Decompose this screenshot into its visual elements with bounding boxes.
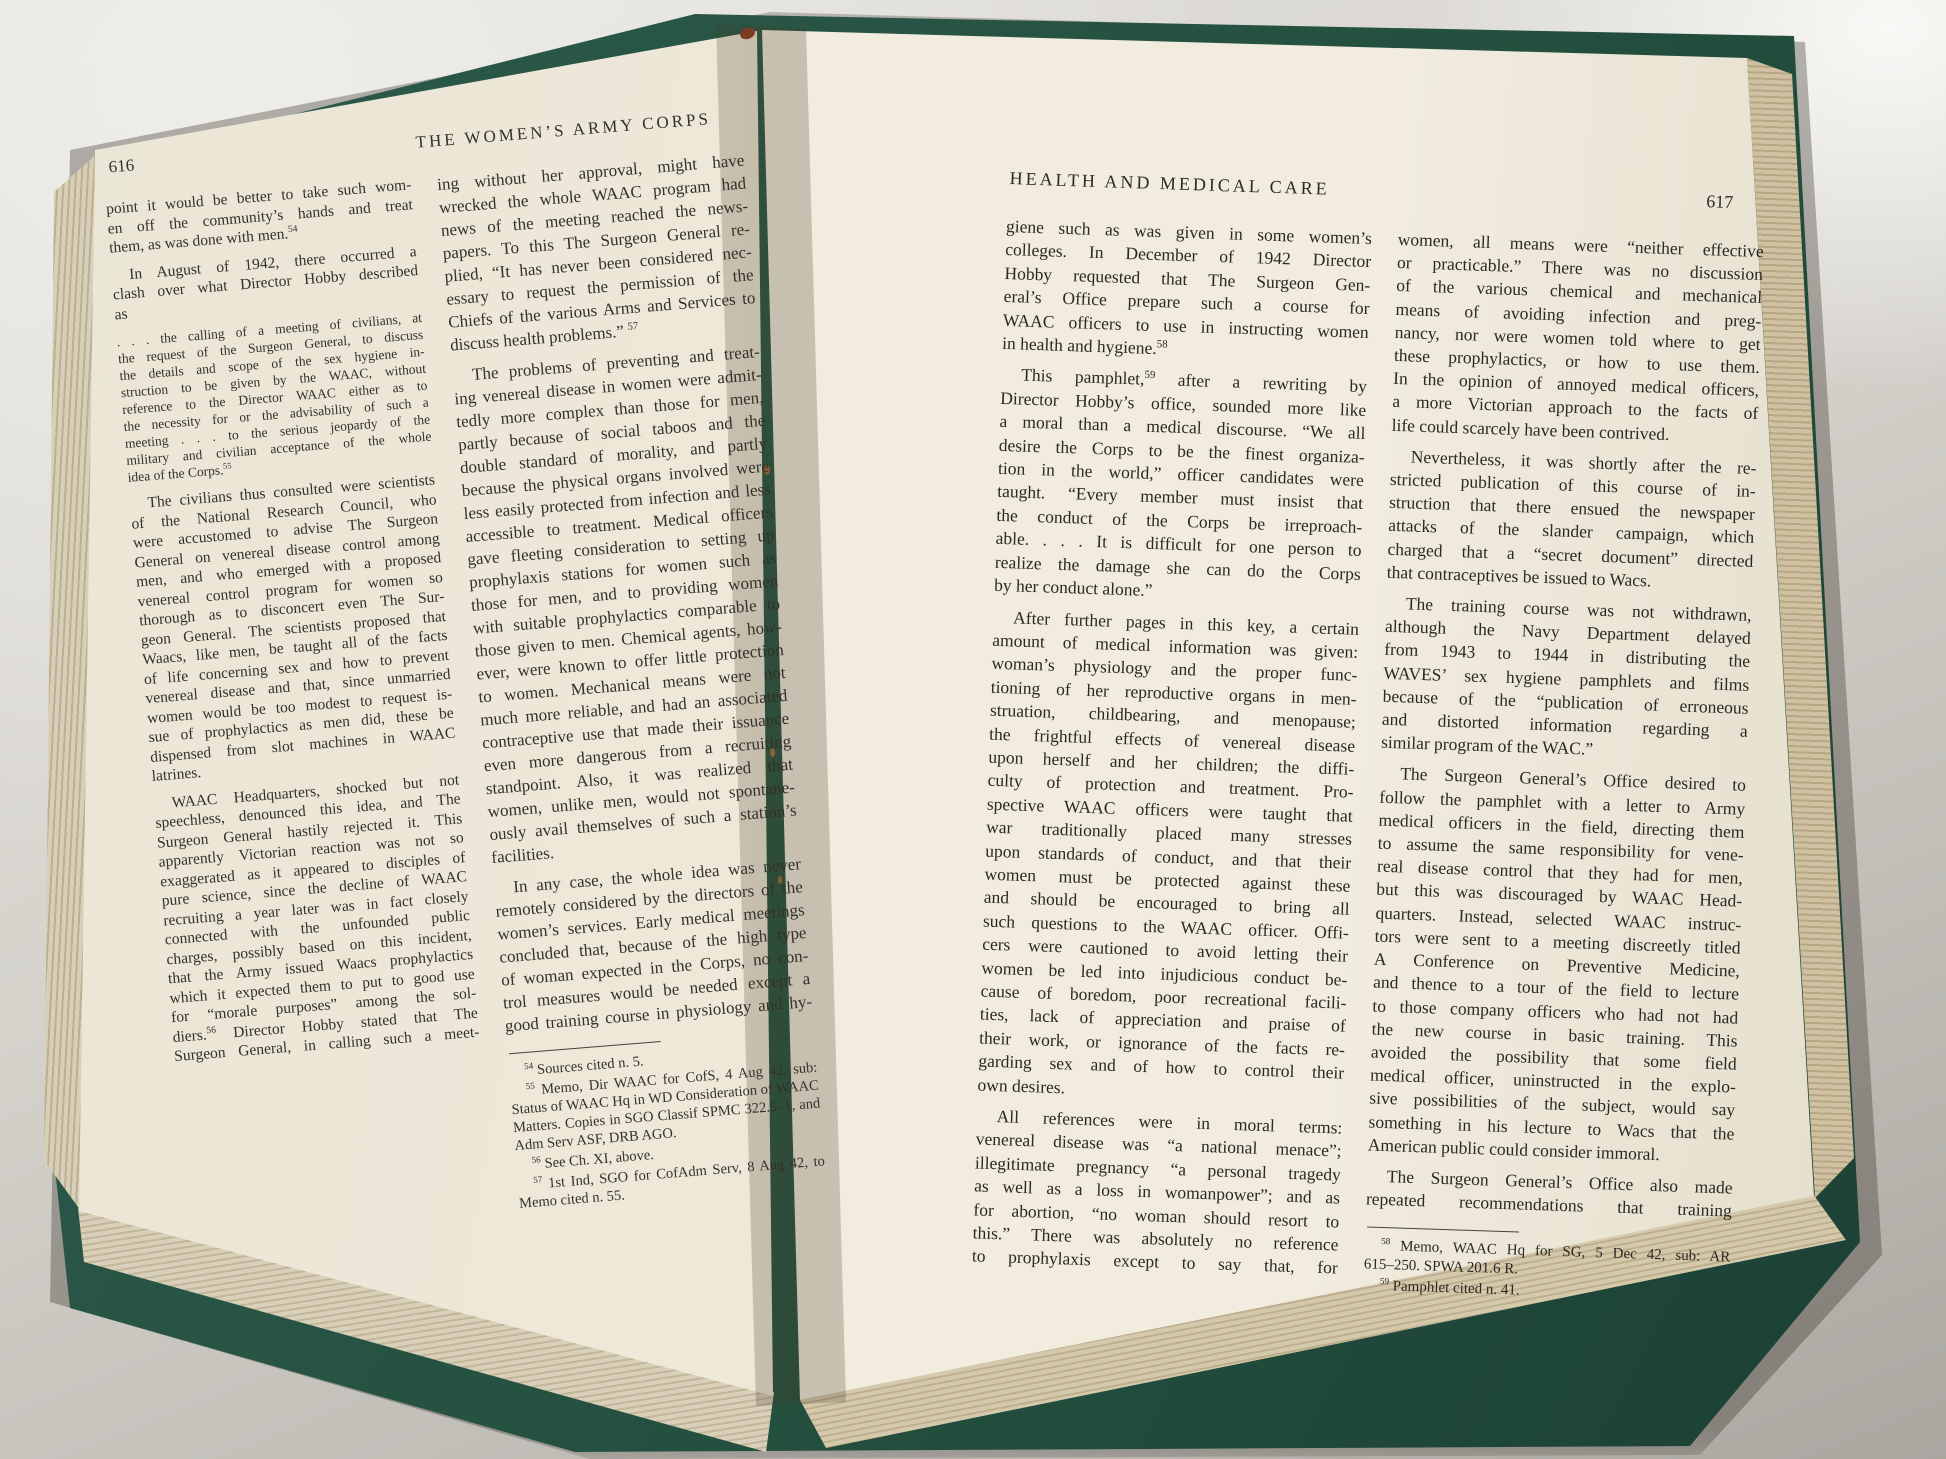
left-page-content: 616 THE WOMEN’S ARMY CORPS point it woul… (102, 106, 837, 1242)
block-quote: . . . the calling of a meeting of civili… (116, 309, 433, 486)
text-column: women, all means were “neither effective… (1363, 228, 1764, 1310)
paragraph: The training course was not withdrawn,al… (1381, 592, 1752, 766)
paragraph: After further pages in this key, a certa… (977, 605, 1359, 1108)
open-book-photo: 616 THE WOMEN’S ARMY CORPS point it woul… (0, 0, 1946, 1459)
paragraph: women, all means were “neither effective… (1391, 228, 1764, 449)
paragraph: ing without her approval, might havewrec… (436, 149, 758, 357)
column-body: women, all means were “neither effective… (1366, 228, 1764, 1223)
paragraph: Nevertheless, it was shortly after the r… (1386, 445, 1756, 596)
paragraph: The Surgeon General’s Office also madere… (1366, 1164, 1733, 1223)
paragraph: This pamphlet,59 after a rewriting byDir… (994, 363, 1368, 609)
footnotes: 54 Sources cited n. 5.55 Memo, Dir WAAC … (508, 1039, 827, 1213)
page-number: 616 (108, 155, 135, 177)
column-body: ing without her approval, might havewrec… (436, 149, 813, 1038)
page-number: 617 (1706, 191, 1734, 213)
paragraph: giene such as was given in some women’sc… (1002, 215, 1372, 367)
paragraph: All references were in moral terms:vener… (972, 1105, 1343, 1281)
text-column: giene such as was given in some women’sc… (971, 215, 1372, 1297)
paragraph: WAAC Headquarters, shocked but notspeech… (153, 770, 480, 1067)
footnotes: 58 Memo, WAAC Hq for SG, 5 Dec 42, sub: … (1363, 1237, 1731, 1308)
right-page-content: HEALTH AND MEDICAL CARE 617 giene such a… (971, 168, 1768, 1310)
paragraph: In any case, the whole idea was neverrem… (493, 852, 813, 1037)
paragraph: The problems of preventing and treat-ing… (452, 340, 800, 869)
paragraph: The Surgeon General’s Office desired tof… (1367, 762, 1746, 1168)
paragraph: The civilians thus consulted were scient… (129, 470, 457, 786)
footnote-rule (1367, 1227, 1519, 1233)
